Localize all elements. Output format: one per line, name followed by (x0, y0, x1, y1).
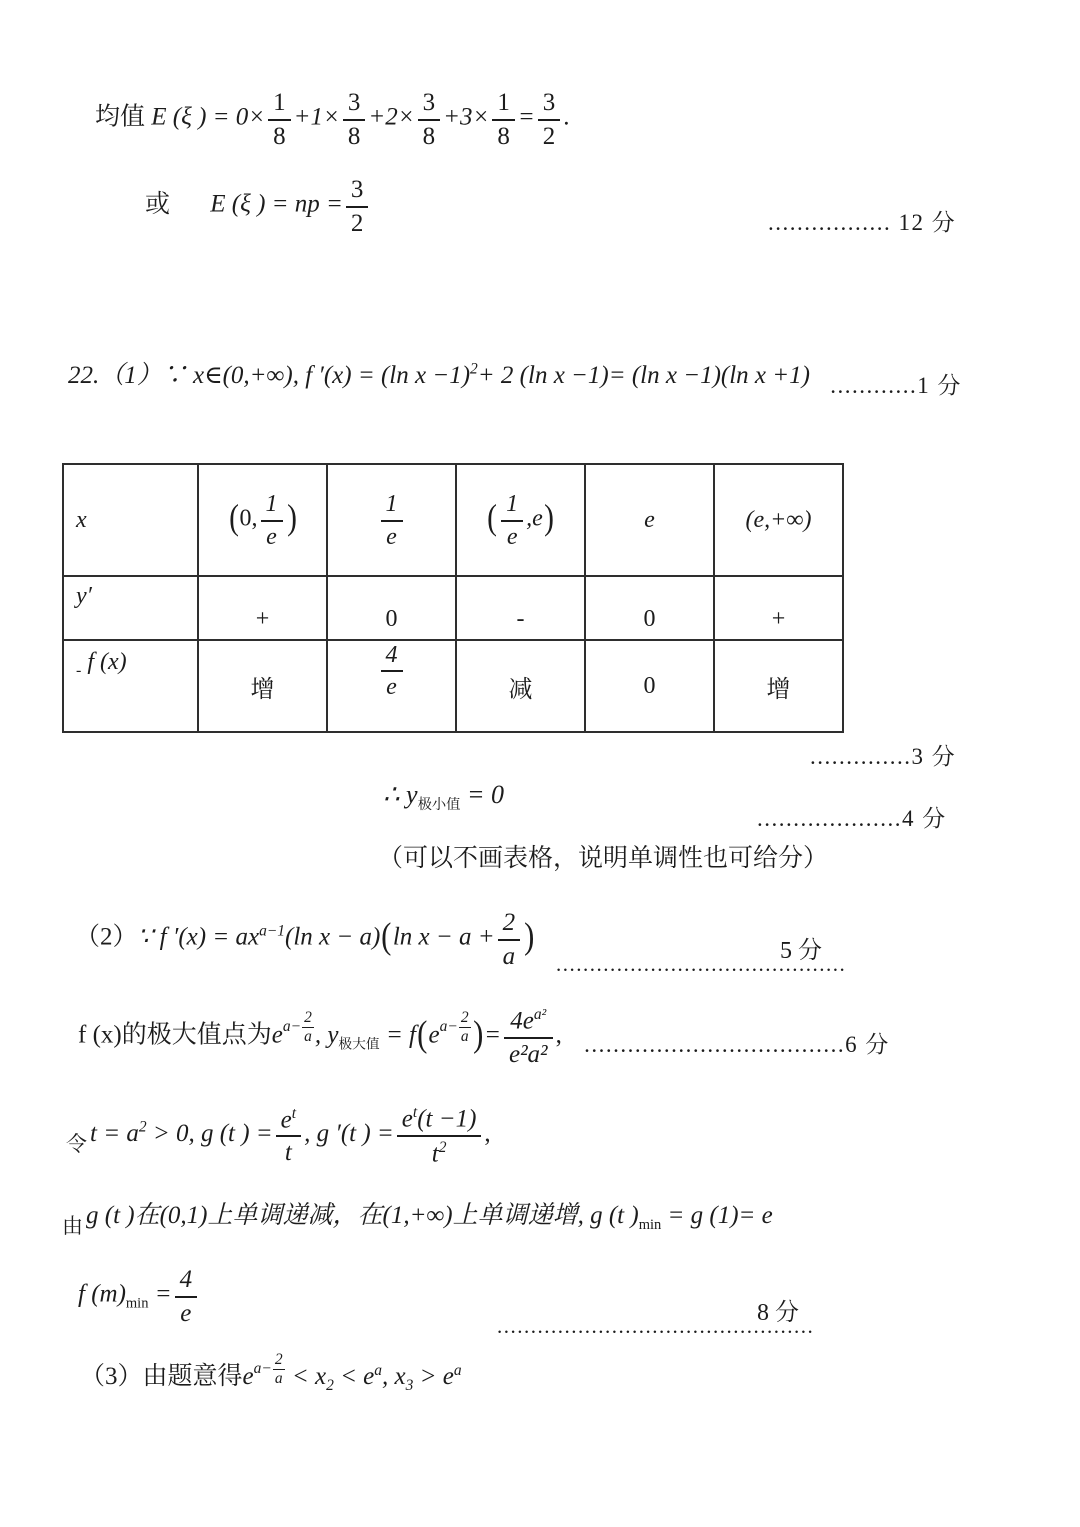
formula-part2-line: （2）∵ f ′(x) = axa−1(ln x − a)(ln x − a +… (75, 908, 536, 970)
formula-mean-line: 均值 E (ξ ) = 0×18+1×38+2×38+3×18=32. (95, 88, 570, 150)
mean-head: E (ξ ) = 0× (151, 104, 265, 131)
note-line: （可以不画表格，说明单调性也可给分） (378, 838, 828, 874)
vmax-sub: 极大值 (338, 1036, 379, 1051)
fmin-sub-min: min (126, 1296, 149, 1312)
mean-op2: +2× (368, 104, 414, 131)
vmax-num-sup: a² (534, 1006, 546, 1023)
cell-sign-4: 0 (585, 576, 714, 640)
part2-mid: (ln x − a) (285, 924, 380, 951)
mean-op1: +1× (294, 104, 340, 131)
cell-sign-1: + (198, 576, 327, 640)
formula-vmax-line: f (x)的极大值点为ea−2a, y极大值 = f(ea−2a)=4ea²e²… (78, 1005, 890, 1068)
score-3-marks: ..............3 分 (810, 738, 956, 771)
cell-fx-header: - f (x) (63, 640, 198, 732)
line22-mid: + 2 (ln x −1)= (ln x −1)(ln x +1) (478, 362, 810, 389)
score-8-dots: ........................................… (497, 1314, 814, 1339)
fraction-et-t: ett (276, 1104, 301, 1167)
fraction-3-2: 32 (538, 88, 561, 150)
fraction-3-8: 38 (343, 88, 366, 150)
part3-t3: , x (382, 1363, 406, 1390)
exp-fraction-2-a: 2a (302, 1010, 314, 1044)
answer-sheet-page: 均值 E (ξ ) = 0×18+1×38+2×38+3×18=32. 或 E … (0, 0, 1080, 1527)
since-t1: g (t )在(0,1)上单调递减，在(1,+∞)上单调递增, g (t ) (86, 1202, 639, 1229)
score-12-marks: ................. 12 分 (768, 204, 956, 237)
mean-label: 均值 (95, 104, 145, 131)
right-paren: ) (524, 915, 534, 958)
score-1-mark: ............1 分 (830, 373, 962, 398)
formula-part3-line: （3）由题意得ea−2a < x2 < ea, x3 > ea (80, 1352, 462, 1395)
conclusion-min-line: ∴ y极小值 = 0 (383, 780, 504, 814)
part3-t1: < x (292, 1363, 326, 1390)
table-row-fx: - f (x) 增 4e 减 0 增 (63, 640, 843, 732)
fraction-1-8b: 18 (492, 88, 515, 150)
part3-t2: < e (340, 1363, 374, 1390)
line22-head: 22.（1）∵ x∈(0,+∞), f ′(x) = (ln x −1) (68, 362, 470, 389)
right-paren: ) (544, 496, 554, 538)
fraction-1-8: 18 (268, 88, 291, 150)
let-t1: t = a (90, 1120, 139, 1147)
let-comma: , (484, 1120, 490, 1147)
part3-sub3: 3 (406, 1377, 414, 1394)
part3-sub2: 2 (326, 1377, 334, 1394)
cell-interval-2: (1e,e) (456, 464, 585, 576)
left-paren: ( (229, 496, 239, 538)
score-5-dots: ........................................… (556, 952, 846, 977)
let-t3: , g ′(t ) = (304, 1120, 394, 1147)
vmax-comma: , (556, 1021, 562, 1048)
fmin-eq: = (155, 1281, 172, 1308)
cell-yprime-header: y′ (63, 576, 198, 640)
formula-22-1-line: 22.（1）∵ x∈(0,+∞), f ′(x) = (ln x −1)2+ 2… (68, 355, 962, 391)
part2-body1: ∵ f ′(x) = ax (138, 924, 260, 951)
fraction-3-8b: 38 (418, 88, 441, 150)
cell-value-4e: 4e (327, 640, 456, 732)
part3-e1: e (243, 1363, 254, 1390)
part3-sup-a1: a (374, 1362, 382, 1379)
line22-sup: 2 (470, 361, 478, 378)
score-6-marks: ....................................6 分 (584, 1032, 890, 1057)
since-sub-min: min (639, 1217, 662, 1233)
mean-op3: +3× (443, 104, 489, 131)
concl-sub: 极小值 (418, 797, 461, 813)
vmax-head: f (x)的极大值点为 (78, 1021, 272, 1048)
fraction-4ea2: 4ea²e²a² (504, 1005, 553, 1068)
cell-interval-1: (0,1e) (198, 464, 327, 576)
vmax-exp2: a−2a (440, 1018, 472, 1035)
part3-t4: > e (420, 1363, 454, 1390)
fraction-1-e2: 1e (381, 490, 403, 550)
table-row-yprime: y′ + 0 - 0 + (63, 576, 843, 640)
let-t2: > 0, g (t ) = (153, 1120, 273, 1147)
mean-period: . (563, 104, 569, 131)
fraction-2-a: 2a (498, 908, 521, 970)
vmax-e2: e (429, 1021, 440, 1048)
monotonicity-table: x (0,1e) 1e (1e,e) e (e,+∞) y′ + 0 - 0 +… (62, 463, 844, 733)
score-4-marks: ....................4 分 (757, 800, 947, 833)
vmax-e1: e (272, 1021, 283, 1048)
right-paren: ) (287, 496, 297, 538)
cell-sign-5: + (714, 576, 843, 640)
part2-head: （2） (75, 924, 138, 951)
since-t2: = g (1)= e (668, 1202, 773, 1229)
part3-exp: a−2a (254, 1360, 286, 1377)
exp-fraction-2-a3: 2a (273, 1352, 285, 1386)
let-lead: 令 (66, 1132, 87, 1156)
cell-point-1e: 1e (327, 464, 456, 576)
cell-sign-3: - (456, 576, 585, 640)
cell-interval-3: (e,+∞) (714, 464, 843, 576)
vmax-eq: = (484, 1021, 501, 1048)
fraction-4-e2: 4e (175, 1265, 198, 1327)
let-sup1: 2 (139, 1119, 147, 1136)
concl-tail: = 0 (467, 780, 504, 809)
cell-value-0: 0 (585, 640, 714, 732)
concl-head: ∴ y (383, 780, 418, 809)
mean-eq: = (518, 104, 535, 131)
fraction-3-2-alt: 32 (346, 175, 369, 237)
formula-let-line: 令t = a2 > 0, g (t ) =ett, g ′(t ) =et(t … (66, 1103, 491, 1168)
since-lead: 由 (62, 1214, 83, 1238)
part3-head: （3）由题意得 (80, 1363, 243, 1390)
left-paren: ( (417, 1013, 427, 1056)
formula-fmin-line: f (m)min =4e (78, 1265, 200, 1327)
part2-exponent: a−1 (259, 922, 285, 939)
fraction-et-t2: et(t −1)t2 (397, 1103, 482, 1168)
vmax-t2: , y (315, 1021, 339, 1048)
fraction-1-e3: 1e (501, 490, 523, 550)
left-paren: ( (487, 496, 497, 538)
left-paren: ( (381, 915, 391, 958)
cell-mono-3: 增 (714, 640, 843, 732)
formula-alt-line: 或 E (ξ ) = np =32 (145, 175, 371, 237)
cell-sign-2: 0 (327, 576, 456, 640)
cell-mono-1: 增 (198, 640, 327, 732)
vmax-t3: = f (386, 1021, 416, 1048)
vmax-exp1: a−2a (283, 1018, 315, 1035)
fmin-t1: f (m) (78, 1281, 126, 1308)
exp-fraction-2-a2: 2a (459, 1010, 471, 1044)
part2-inner: ln x − a + (393, 924, 495, 951)
alt-or-label: 或 (145, 191, 170, 218)
cell-x-header: x (63, 464, 198, 576)
part3-sup-a2: a (454, 1362, 462, 1379)
fraction-4-e: 4e (381, 641, 403, 701)
fraction-1-e: 1e (261, 490, 283, 550)
table-row-x: x (0,1e) 1e (1e,e) e (e,+∞) (63, 464, 843, 576)
formula-since-line: 由g (t )在(0,1)上单调递减，在(1,+∞)上单调递增, g (t )m… (62, 1195, 773, 1234)
cell-mono-2: 减 (456, 640, 585, 732)
alt-head: E (ξ ) = np = (210, 191, 343, 218)
right-paren: ) (473, 1013, 483, 1056)
cell-point-e: e (585, 464, 714, 576)
